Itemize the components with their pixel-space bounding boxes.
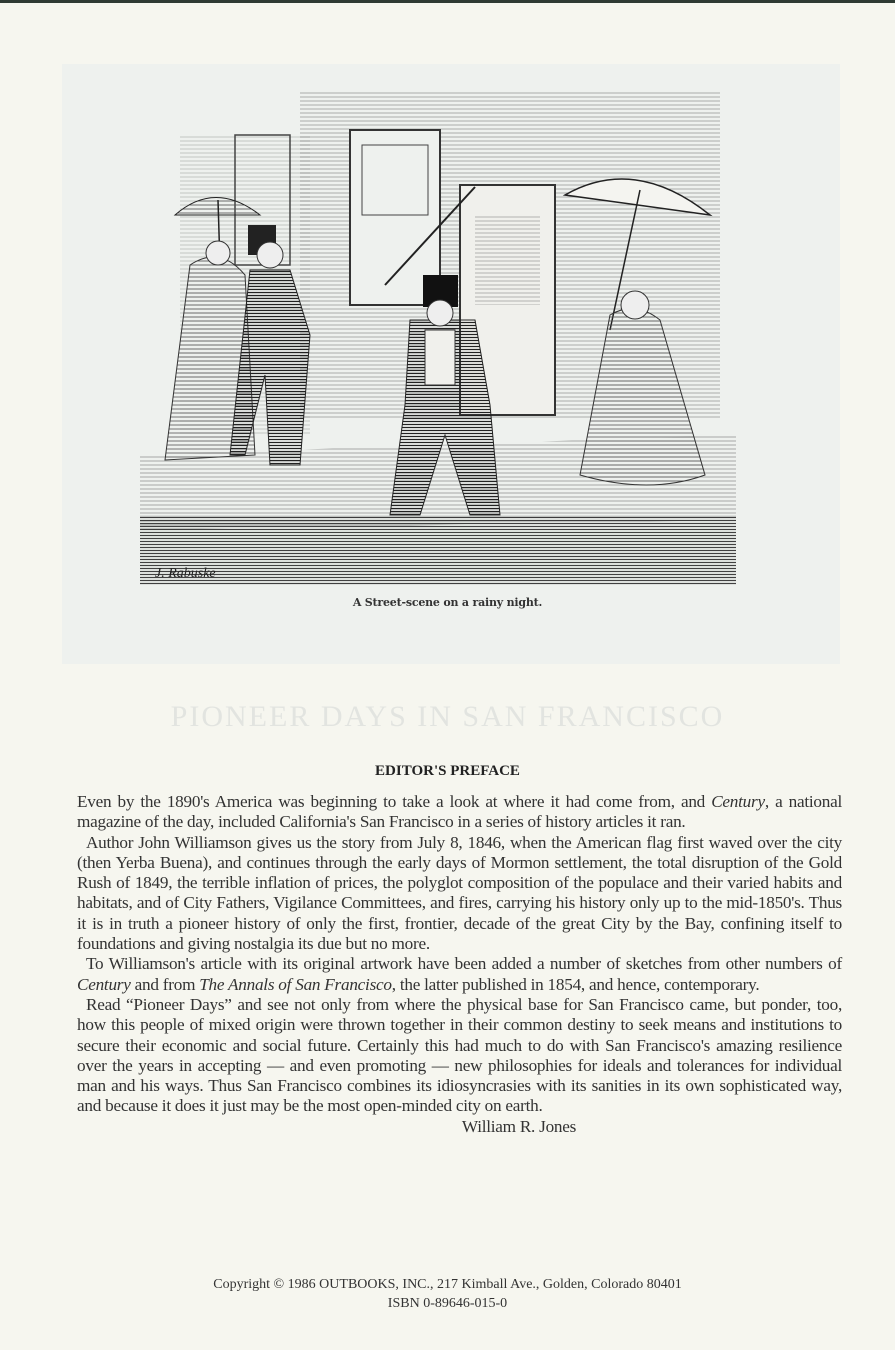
svg-text:J. Rabuske: J. Rabuske (155, 566, 216, 581)
preface-heading: EDITOR'S PREFACE (0, 763, 895, 780)
copyright-block: Copyright © 1986 OUTBOOKS, INC., 217 Kim… (0, 1275, 895, 1313)
copyright-line: Copyright © 1986 OUTBOOKS, INC., 217 Kim… (0, 1275, 895, 1294)
page-top-edge (0, 0, 895, 3)
bleed-through-title: PIONEER DAYS IN SAN FRANCISCO (0, 700, 895, 734)
preface-paragraph: Even by the 1890's America was beginning… (77, 792, 842, 833)
preface-paragraph: Read “Pioneer Days” and see not only fro… (77, 995, 842, 1117)
preface-signature: William R. Jones (77, 1117, 842, 1137)
street-scene-engraving: J. Rabuske (140, 75, 736, 590)
illustration-caption: A Street-scene on a rainy night. (0, 596, 895, 609)
preface-paragraph: Author John Williamson gives us the stor… (77, 833, 842, 955)
preface-body: Even by the 1890's America was beginning… (77, 792, 842, 1137)
preface-paragraph: To Williamson's article with its origina… (77, 954, 842, 995)
isbn-line: ISBN 0-89646-015-0 (0, 1294, 895, 1313)
